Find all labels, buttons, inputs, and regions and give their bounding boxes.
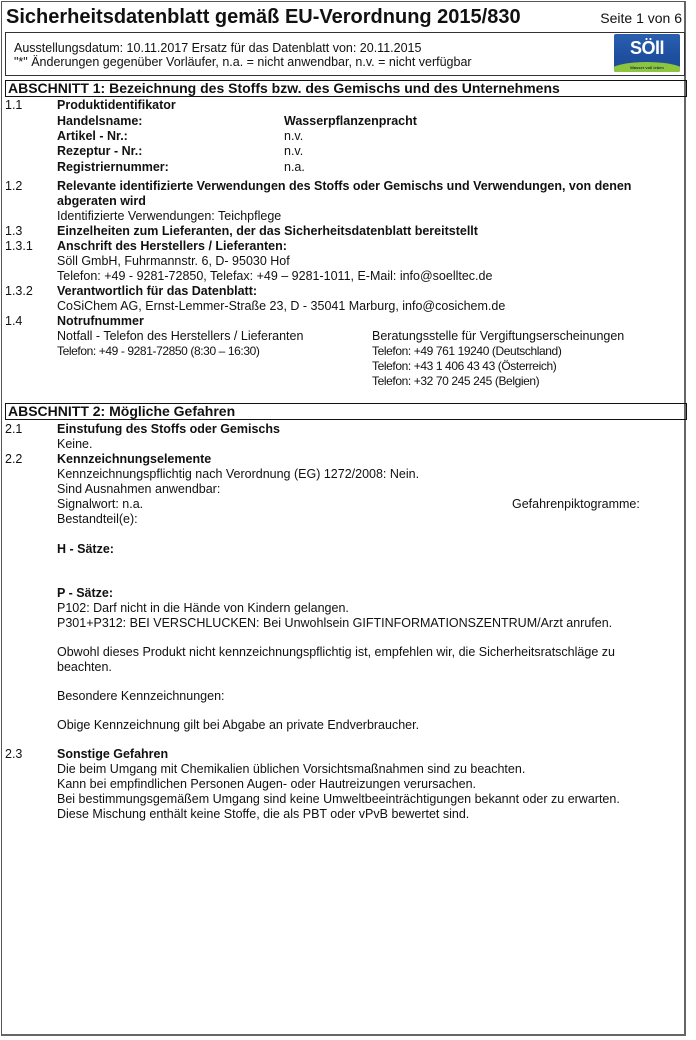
other-hazard-line: Bei bestimmungsgemäßem Umgang sind keine… — [57, 792, 620, 806]
field-value: n.v. — [284, 129, 303, 143]
advice-text-cont: beachten. — [57, 660, 112, 674]
labelling-line: Kennzeichnungspflichtig nach Verordnung … — [57, 467, 419, 481]
subsection-heading: Verantwortlich für das Datenblatt: — [57, 284, 257, 298]
identified-uses: Identifizierte Verwendungen: Teichpflege — [57, 209, 281, 223]
legend-line: "*" Änderungen gegenüber Vorläufer, n.a.… — [14, 55, 472, 69]
field-label: Registriernummer: — [57, 160, 169, 174]
subsection-heading: Kennzeichnungselemente — [57, 452, 211, 466]
section-number: 1.2 — [5, 179, 22, 193]
document-title: Sicherheitsdatenblatt gemäß EU-Verordnun… — [6, 6, 521, 29]
poison-center-label: Beratungsstelle für Vergiftungserscheinu… — [372, 329, 624, 343]
header-info-box: Ausstellungsdatum: 10.11.2017 Ersatz für… — [5, 32, 685, 76]
section-number: 1.3.2 — [5, 284, 33, 298]
poison-phone-at: Telefon: +43 1 406 43 43 (Österreich) — [372, 359, 556, 373]
subsection-heading: Anschrift des Herstellers / Lieferanten: — [57, 239, 287, 253]
p-statement: P301+P312: BEI VERSCHLUCKEN: Bei Unwohls… — [57, 616, 612, 630]
field-label: Rezeptur - Nr.: — [57, 144, 142, 158]
poison-phone-de: Telefon: +49 761 19240 (Deutschland) — [372, 344, 561, 358]
section-number: 2.1 — [5, 422, 22, 436]
emergency-label: Notfall - Telefon des Herstellers / Lief… — [57, 329, 303, 343]
subsection-heading: Relevante identifizierte Verwendungen de… — [57, 179, 631, 193]
labelling-line: Sind Ausnahmen anwendbar: — [57, 482, 220, 496]
special-labelling-label: Besondere Kennzeichnungen: — [57, 689, 225, 703]
classification-value: Keine. — [57, 437, 92, 451]
manufacturer-contact: Telefon: +49 - 9281-72850, Telefax: +49 … — [57, 269, 492, 283]
logo-slogan: Wasser voll leben — [614, 65, 680, 70]
field-label: Artikel - Nr.: — [57, 129, 128, 143]
other-hazard-line: Kann bei empfindlichen Personen Augen- o… — [57, 777, 476, 791]
trade-name-value: Wasserpflanzenpracht — [284, 114, 417, 128]
p-statement: P102: Darf nicht in die Hände von Kinder… — [57, 601, 349, 615]
p-statements-label: P - Sätze: — [57, 586, 113, 600]
subsection-heading: Sonstige Gefahren — [57, 747, 168, 761]
manufacturer-address: Söll GmbH, Fuhrmannstr. 6, D- 95030 Hof — [57, 254, 290, 268]
other-hazard-line: Diese Mischung enthält keine Stoffe, die… — [57, 807, 469, 821]
ingredients-label: Bestandteil(e): — [57, 512, 138, 526]
subsection-heading: Einstufung des Stoffs oder Gemischs — [57, 422, 280, 436]
page-indicator: Seite 1 von 6 — [600, 10, 682, 26]
other-hazard-line: Die beim Umgang mit Chemikalien üblichen… — [57, 762, 525, 776]
responsible-party: CoSiChem AG, Ernst-Lemmer-Straße 23, D -… — [57, 299, 505, 313]
field-value: n.a. — [284, 160, 305, 174]
section-2-header: ABSCHNITT 2: Mögliche Gefahren — [5, 403, 687, 420]
field-label: Handelsname: — [57, 114, 142, 128]
emergency-phone: Telefon: +49 - 9281-72850 (8:30 – 16:30) — [57, 344, 260, 358]
field-value: n.v. — [284, 144, 303, 158]
advice-text: Obwohl dieses Produkt nicht kennzeichnun… — [57, 645, 615, 659]
section-number: 2.3 — [5, 747, 22, 761]
issue-date-line: Ausstellungsdatum: 10.11.2017 Ersatz für… — [14, 41, 421, 55]
poison-phone-be: Telefon: +32 70 245 245 (Belgien) — [372, 374, 539, 388]
section-number: 1.3.1 — [5, 239, 33, 253]
section-number: 1.3 — [5, 224, 22, 238]
document-page: Sicherheitsdatenblatt gemäß EU-Verordnun… — [1, 1, 686, 1036]
subsection-heading: Notrufnummer — [57, 314, 144, 328]
hazard-pictograms-label: Gefahrenpiktogramme: — [512, 497, 640, 511]
h-statements-label: H - Sätze: — [57, 542, 114, 556]
section-number: 2.2 — [5, 452, 22, 466]
logo-text: SÖll — [614, 38, 680, 59]
signal-word: Signalwort: n.a. — [57, 497, 143, 511]
section-number: 1.1 — [5, 98, 22, 112]
subsection-heading: Einzelheiten zum Lieferanten, der das Si… — [57, 224, 478, 238]
subsection-heading-cont: abgeraten wird — [57, 194, 146, 208]
section-number: 1.4 — [5, 314, 22, 328]
labelling-note: Obige Kennzeichnung gilt bei Abgabe an p… — [57, 718, 419, 732]
soell-logo-icon: SÖll Wasser voll leben — [614, 34, 680, 72]
subsection-heading: Produktidentifikator — [57, 98, 176, 112]
section-1-header: ABSCHNITT 1: Bezeichnung des Stoffs bzw.… — [5, 80, 687, 97]
